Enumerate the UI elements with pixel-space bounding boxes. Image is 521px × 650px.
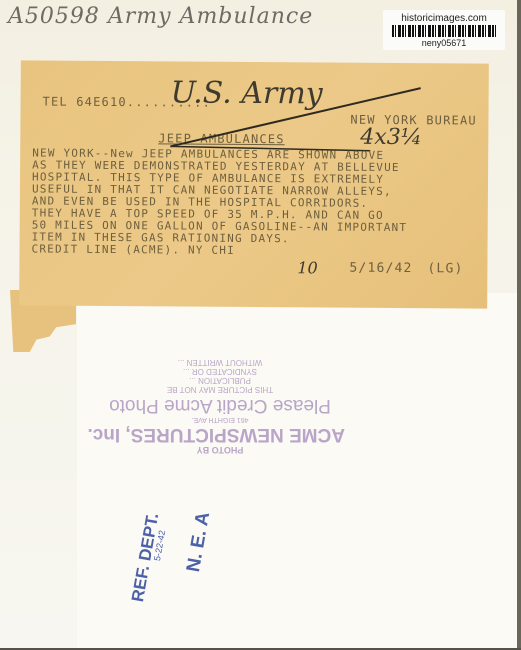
caption-date: 5/16/42 <box>349 261 412 276</box>
label-code: neny05671 <box>383 38 505 48</box>
caption-body: NEW YORK--New JEEP AMBULANCES ARE SHOWN … <box>21 60 489 63</box>
caption-initials: (LG) <box>427 261 463 276</box>
acme-credit-stamp: PHOTO BY ACME NEWSPICTURES, Inc. 461 EIG… <box>95 330 345 455</box>
photo-back-sheet: A50598 Army Ambulance historicimages.com… <box>0 0 517 648</box>
scan-edge-right <box>517 0 521 650</box>
barcode-icon <box>392 25 496 37</box>
handwritten-number: 10 <box>297 258 317 277</box>
label-site: historicimages.com <box>383 13 505 24</box>
archive-barcode-label: historicimages.com neny05671 <box>383 10 505 50</box>
handwritten-archive-note: A50598 Army Ambulance <box>8 4 313 29</box>
strike-line-icon <box>170 81 430 153</box>
press-caption-clipping: TEL 64E610.......... U.S. Army NEW YORK … <box>19 60 489 308</box>
